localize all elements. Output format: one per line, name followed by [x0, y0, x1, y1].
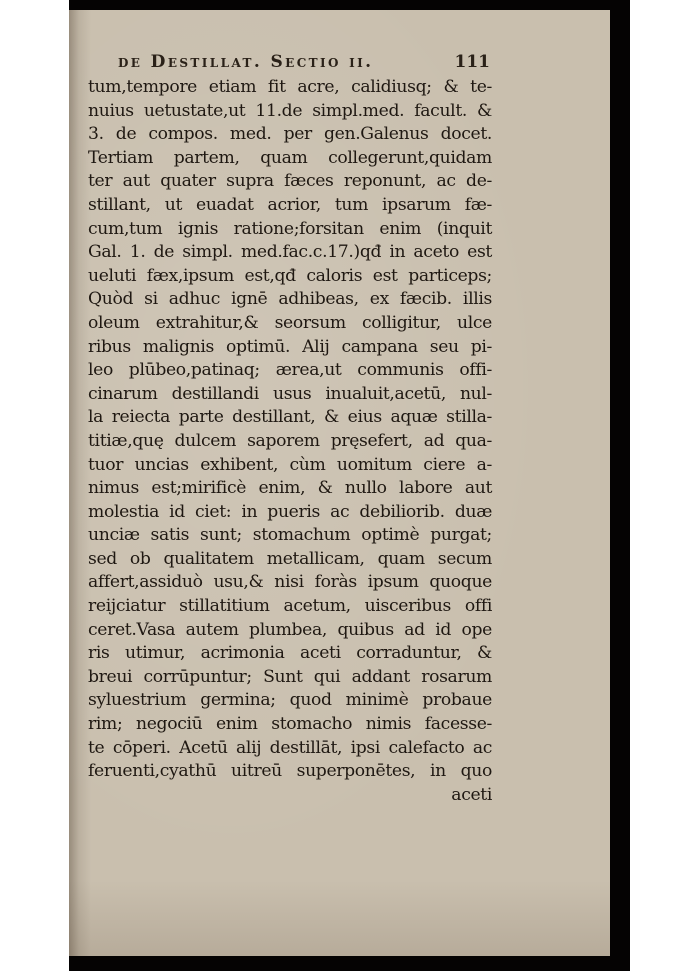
- text-line: nuius uetustate,ut 11.de simpl.med. facu…: [88, 100, 492, 124]
- text-line: leo plūbeo,patinaq; ærea,ut communis off…: [88, 359, 492, 383]
- text-line: 3. de compos. med. per gen.Galenus docet…: [88, 123, 492, 147]
- text-line: rim; negociū enim stomacho nimis facesse…: [88, 713, 492, 737]
- text-line: nimus est;mirificè enim, & nullo labore …: [88, 477, 492, 501]
- text-line: syluestrium germina; quod minimè probaue: [88, 689, 492, 713]
- text-line: molestia id ciet: in pueris ac debiliori…: [88, 501, 492, 525]
- page-body-text: tum,tempore etiam fit acre, calidiusq; &…: [88, 76, 492, 807]
- running-head: de Destillat. Sectio ii. 111: [118, 52, 490, 72]
- text-line: Quòd si adhuc ignē adhibeas, ex fæcib. i…: [88, 288, 492, 312]
- text-line: sed ob qualitatem metallicam, quam secum: [88, 548, 492, 572]
- text-line: feruenti,cyathū uitreū superponētes, in …: [88, 760, 492, 784]
- text-line: titiæ,quę dulcem saporem pręsefert, ad q…: [88, 430, 492, 454]
- text-line: breui corrūpuntur; Sunt qui addant rosar…: [88, 666, 492, 690]
- text-line: cinarum destillandi usus inualuit,acetū,…: [88, 383, 492, 407]
- text-line: Tertiam partem, quam collegerunt,quidam: [88, 147, 492, 171]
- text-line: affert,assiduò usu,& nisi foràs ipsum qu…: [88, 571, 492, 595]
- text-line: ter aut quater supra fæces reponunt, ac …: [88, 170, 492, 194]
- text-line: Gal. 1. de simpl. med.fac.c.17.)qđ in ac…: [88, 241, 492, 265]
- text-line: cum,tum ignis ratione;forsitan enim (inq…: [88, 218, 492, 242]
- page-number: 111: [455, 52, 491, 72]
- text-line: ris utimur, acrimonia aceti corraduntur,…: [88, 642, 492, 666]
- text-line: ueluti fæx,ipsum est,qđ caloris est part…: [88, 265, 492, 289]
- catchword: aceti: [88, 784, 492, 808]
- text-line: unciæ satis sunt; stomachum optimè purga…: [88, 524, 492, 548]
- text-line: reijciatur stillatitium acetum, uiscerib…: [88, 595, 492, 619]
- running-head-title: de Destillat. Sectio ii.: [118, 52, 374, 72]
- text-line: stillant, ut euadat acrior, tum ipsarum …: [88, 194, 492, 218]
- text-line: ribus malignis optimū. Alij campana seu …: [88, 336, 492, 360]
- text-line: tuor uncias exhibent, cùm uomitum ciere …: [88, 454, 492, 478]
- text-line: tum,tempore etiam fit acre, calidiusq; &…: [88, 76, 492, 100]
- text-line: oleum extrahitur,& seorsum colligitur, u…: [88, 312, 492, 336]
- text-line: la reiecta parte destillant, & eius aquæ…: [88, 406, 492, 430]
- text-line: te cōperi. Acetū alij destillāt, ipsi ca…: [88, 737, 492, 761]
- text-line: ceret.Vasa autem plumbea, quibus ad id o…: [88, 619, 492, 643]
